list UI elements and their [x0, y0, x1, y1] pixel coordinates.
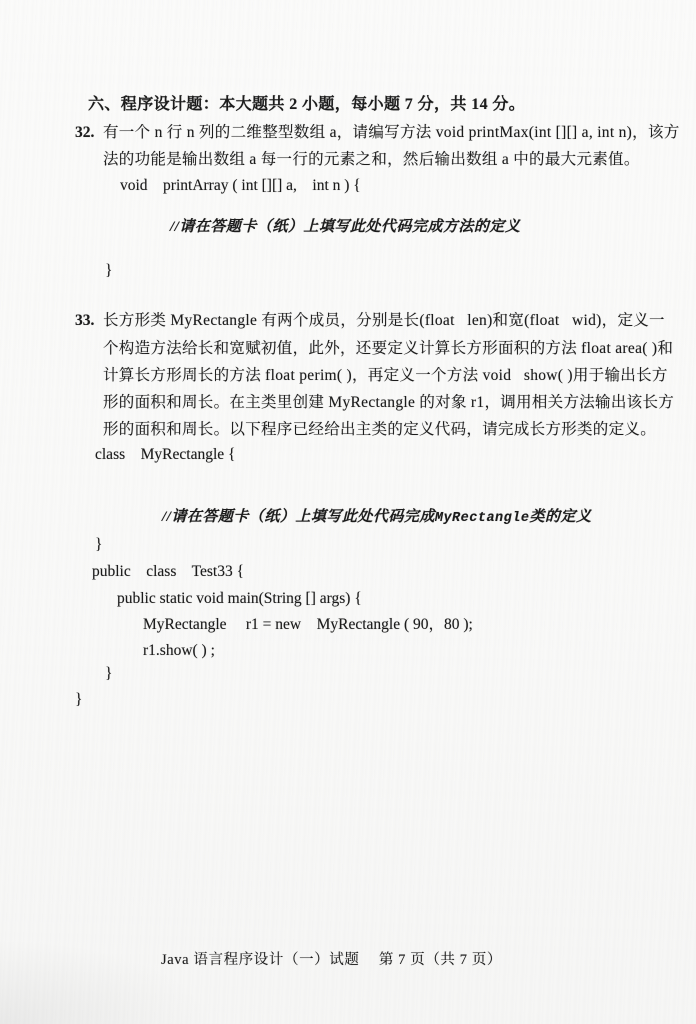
problem-33-main-close-outer: } [75, 690, 82, 710]
problem-33-answer-placeholder-comment: //请在答题卡（纸）上填写此处代码完成MyRectangle类的定义 [145, 487, 591, 549]
problem-32-text-line-1: 有一个 n 行 n 列的二维整型数组 a，请编写方法 void printMax… [103, 123, 680, 143]
problem-33-class-open: class MyRectangle { [95, 445, 235, 465]
problem-33-main-close-inner: } [105, 664, 112, 684]
comment-class-name: MyRectangle [435, 511, 530, 526]
problem-33-text-line-4: 形的面积和周长。在主类里创建 MyRectangle 的对象 r1，调用相关方法… [103, 393, 674, 413]
problem-33-new-rectangle-statement: MyRectangle r1 = new MyRectangle ( 90，80… [143, 615, 473, 635]
exam-page: 六、程序设计题：本大题共 2 小题，每小题 7 分，共 14 分。 32. 有一… [0, 0, 696, 1024]
comment-prefix: //请在答题卡（纸）上填写此处代码完成 [162, 509, 435, 525]
problem-32-close-brace: } [105, 261, 112, 281]
comment-suffix: 类的定义 [529, 509, 591, 525]
problem-33-main-class-declaration: public class Test33 { [92, 562, 244, 582]
section-heading: 六、程序设计题：本大题共 2 小题，每小题 7 分，共 14 分。 [88, 95, 525, 115]
problem-33-text-line-2: 个构造方法给长和宽赋初值，此外，还要定义计算长方形面积的方法 float are… [103, 339, 673, 359]
problem-33-text-line-3: 计算长方形周长的方法 float perim( )，再定义一个方法 void s… [103, 366, 668, 386]
problem-33-text-line-1: 长方形类 MyRectangle 有两个成员，分别是长(float len)和宽… [103, 311, 665, 331]
problem-33-class-close: } [95, 535, 102, 555]
problem-33-show-call-statement: r1.show( ) ; [143, 641, 215, 661]
problem-32-number: 32. [75, 123, 94, 143]
page-footer: Java 语言程序设计（一）试题 第 7 页（共 7 页） [161, 950, 502, 970]
problem-33-number: 33. [75, 311, 94, 331]
problem-32-answer-placeholder-comment: //请在答题卡（纸）上填写此处代码完成方法的定义 [170, 217, 520, 237]
problem-32-text-line-2: 法的功能是输出数组 a 每一行的元素之和，然后输出数组 a 中的最大元素值。 [103, 150, 640, 170]
problem-32-code-signature: void printArray ( int [][] a, int n ) { [120, 176, 361, 196]
problem-33-main-method-declaration: public static void main(String [] args) … [117, 589, 362, 609]
problem-33-text-line-5: 形的面积和周长。以下程序已经给出主类的定义代码，请完成长方形类的定义。 [103, 420, 656, 440]
